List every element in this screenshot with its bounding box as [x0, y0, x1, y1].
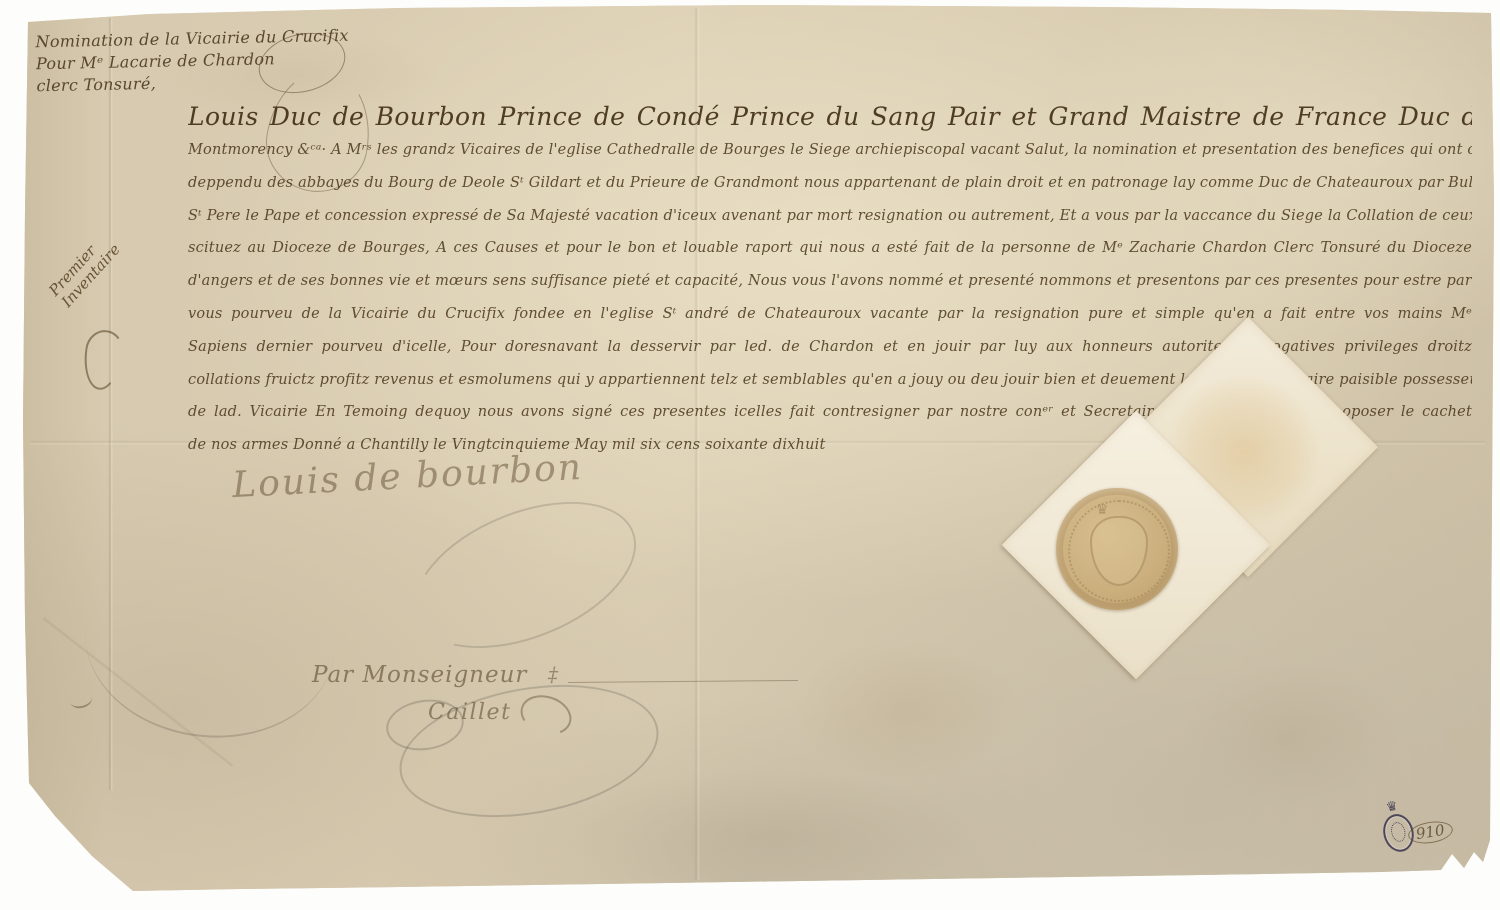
countersign-mark: ‡ [548, 662, 558, 686]
parchment-sheet: Nomination de la Vicairie du Crucifix Po… [0, 0, 1500, 910]
manuscript-heading: Louis Duc de Bourbon Prince de Condé Pri… [188, 102, 1472, 142]
countersign-par-monseigneur: Par Monseigneur [312, 662, 527, 688]
photograph-of-manuscript: Nomination de la Vicairie du Crucifix Po… [0, 0, 1500, 910]
fold-crease-left [108, 18, 113, 790]
manuscript-line-6: vous pourveu de la Vicairie du Crucifix … [188, 306, 1472, 339]
manuscript-line-1: Montmorency &ᶜᵃ· A Mʳˢ les grandz Vicair… [188, 142, 1472, 175]
countersign-caillet: Caillet [428, 700, 511, 725]
manuscript-line-5: d'angers et de ses bonnes vie et mœurs s… [188, 273, 1472, 306]
caillet-paraph [515, 689, 576, 741]
parchment-stain [1180, 660, 1400, 810]
wax-seal: ♛ [1056, 488, 1178, 610]
crown-icon: ♛ [1096, 502, 1109, 518]
margin-scribble [68, 690, 93, 711]
parchment-stain [560, 770, 980, 900]
parchment-stain [790, 640, 1020, 780]
manuscript-line-3: Sᵗ Pere le Pape et concession expressé d… [188, 208, 1472, 241]
pen-flourish-loop [389, 666, 669, 836]
countersign-flourish-line [568, 680, 798, 683]
manuscript-line-2: deppendu des abbayes du Bourg de Deole S… [188, 175, 1472, 208]
marginal-paraph [80, 328, 126, 393]
marginal-note: Premier Inventaire [46, 230, 124, 311]
fold-crease-corner [42, 617, 234, 768]
manuscript-line-4: scituez au Dioceze de Bourges, A ces Cau… [188, 240, 1472, 273]
pen-flourish-stroke [76, 627, 335, 750]
stamp-center [1389, 821, 1407, 844]
pen-flourish-loop [393, 473, 657, 677]
